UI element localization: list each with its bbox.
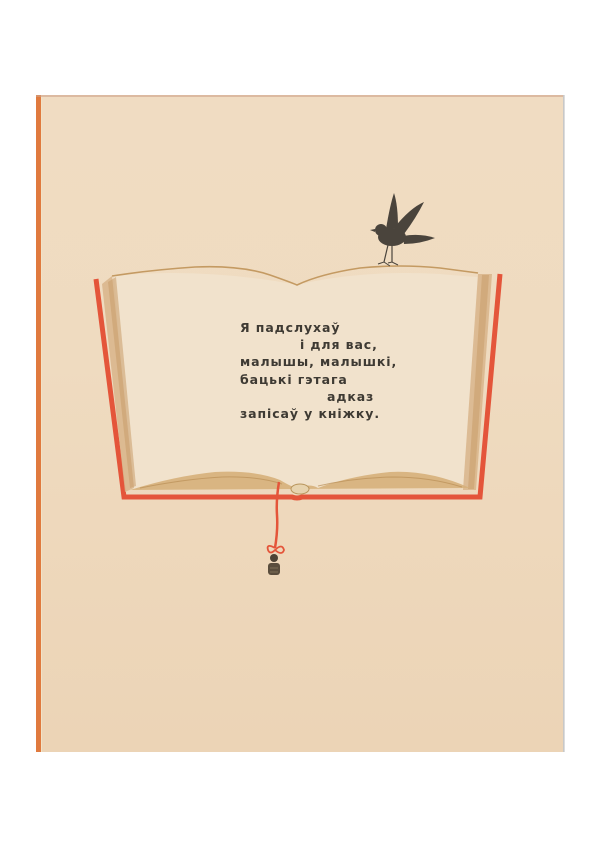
bird-icon <box>370 193 435 266</box>
poem-line-4: бацькі гэтага <box>240 371 400 388</box>
poem-line-1: Я падслухаў <box>240 319 400 336</box>
poem-line-6: запісаў у кніжку. <box>240 405 400 422</box>
poem-line-3: малышы, малышкі, <box>240 353 400 370</box>
poem-line-2: і для вас, <box>240 336 400 353</box>
poem-line-5: адказ <box>240 388 400 405</box>
poem-text: Я падслухаў і для вас, малышы, малышкі, … <box>240 319 400 422</box>
open-book-illustration <box>0 0 600 848</box>
